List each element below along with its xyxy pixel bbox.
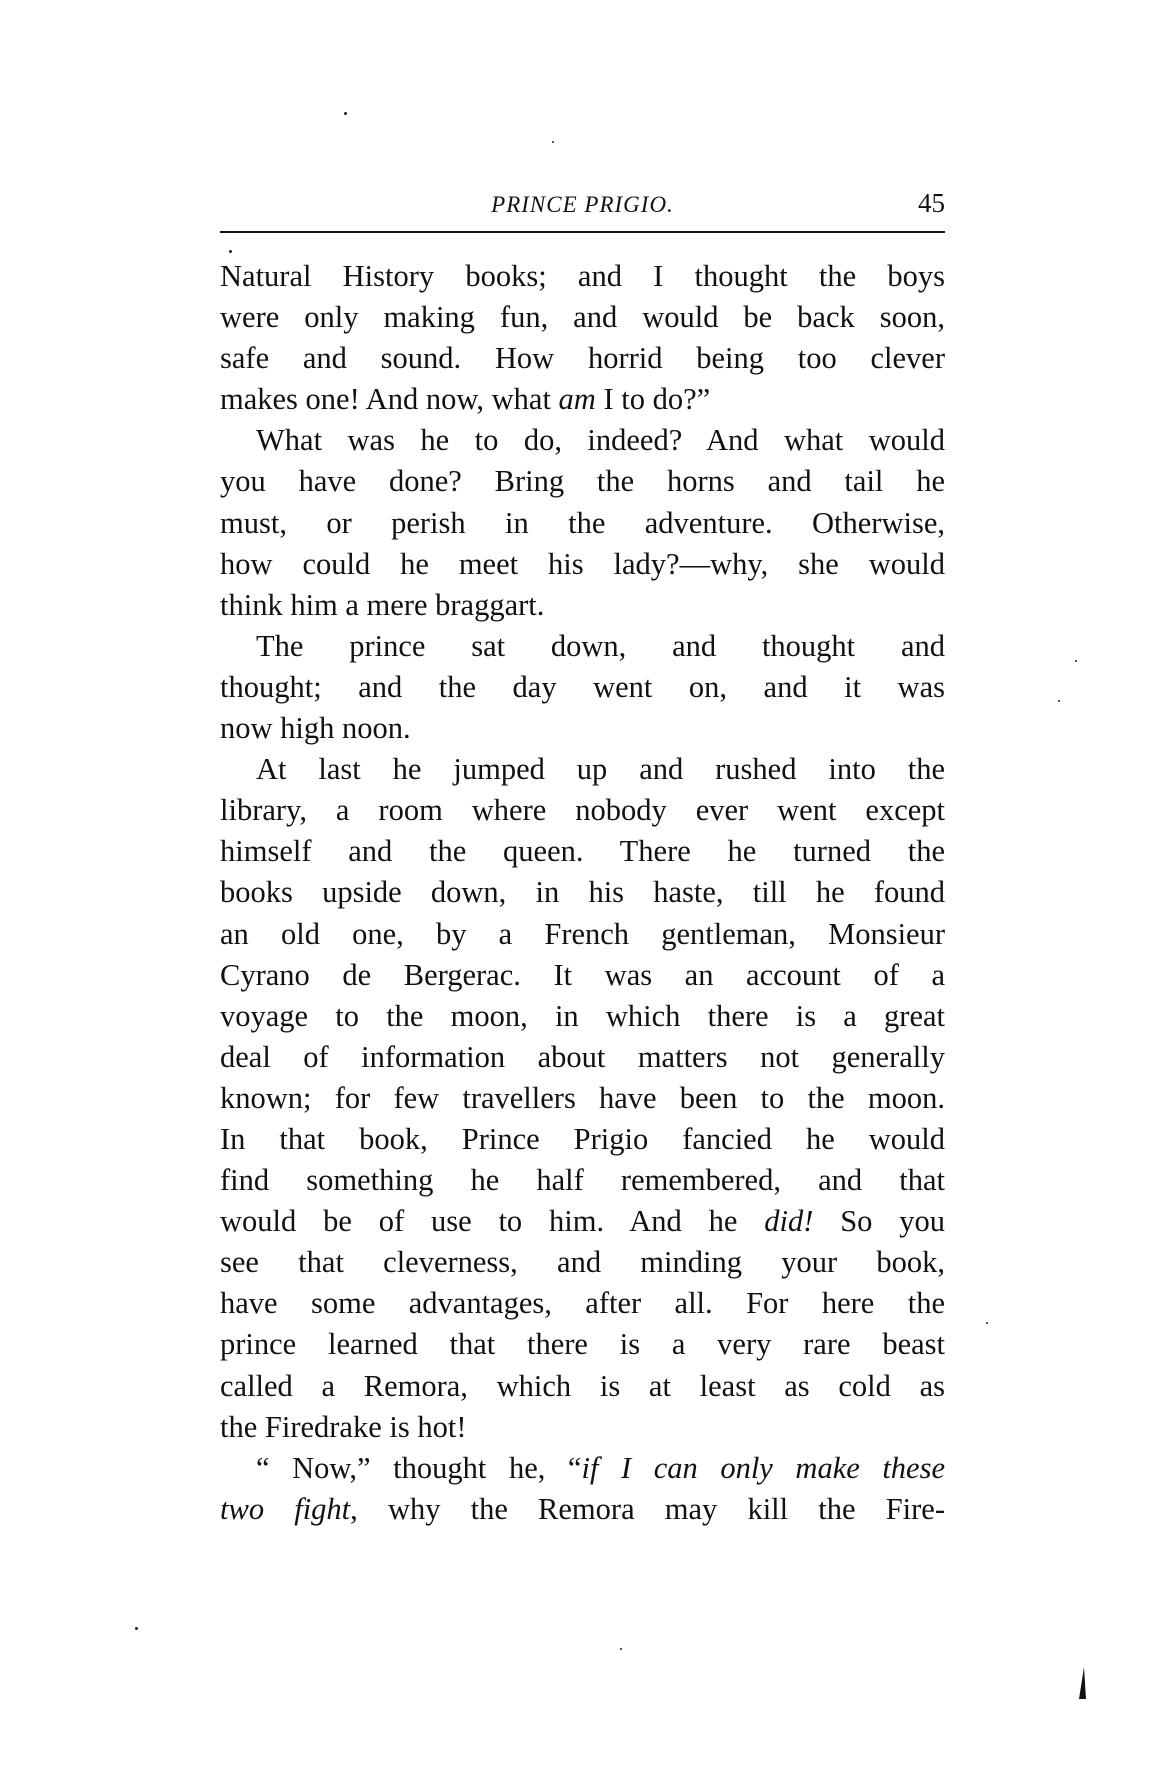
text-run: “ Now,” thought he, “ (256, 1451, 581, 1485)
text-line: two fight, why the Remora may kill the F… (220, 1489, 945, 1530)
scan-speck (229, 250, 232, 253)
text-line: Cyrano de Bergerac. It was an account of… (220, 955, 945, 996)
text-line: must, or perish in the adventure. Otherw… (220, 503, 945, 544)
text-line: himself and the queen. There he turned t… (220, 831, 945, 872)
text-line: In that book, Prince Prigio fancied he w… (220, 1119, 945, 1160)
text-run: , why the Remora may kill the Fire- (350, 1492, 945, 1526)
text-line: prince learned that there is a very rare… (220, 1324, 945, 1365)
text-line: find something he half remembered, and t… (220, 1160, 945, 1201)
text-line: The prince sat down, and thought and (220, 626, 945, 667)
text-line: an old one, by a French gentleman, Monsi… (220, 914, 945, 955)
text-run: makes one! And now, what (220, 382, 559, 416)
text-line: would be of use to him. And he did! So y… (220, 1201, 945, 1242)
text-line: library, a room where nobody ever went e… (220, 790, 945, 831)
header-rule (220, 231, 945, 233)
text-line: have some advantages, after all. For her… (220, 1283, 945, 1324)
text-line: called a Remora, which is at least as co… (220, 1366, 945, 1407)
scan-speck (135, 1627, 138, 1630)
text-line: deal of information about matters not ge… (220, 1037, 945, 1078)
text-line: think him a mere braggart. (220, 585, 945, 626)
italic-run: am (559, 382, 596, 416)
text-line: makes one! And now, what am I to do?” (220, 379, 945, 420)
text-line: What was he to do, indeed? And what woul… (220, 420, 945, 461)
scan-speck (986, 1322, 988, 1324)
text-line: see that cleverness, and minding your bo… (220, 1242, 945, 1283)
body-text: Natural History books; and I thought the… (220, 256, 945, 1530)
text-line: Natural History books; and I thought the… (220, 256, 945, 297)
text-run: So you (813, 1204, 945, 1238)
text-line: voyage to the moon, in which there is a … (220, 996, 945, 1037)
scan-speck (344, 112, 347, 115)
text-line: were only making fun, and would be back … (220, 297, 945, 338)
text-line: the Firedrake is hot! (220, 1407, 945, 1448)
text-line: thought; and the day went on, and it was (220, 667, 945, 708)
scan-speck (620, 1648, 622, 1650)
scan-speck (1058, 700, 1060, 702)
running-title: PRINCE PRIGIO. (220, 192, 945, 218)
text-run: I to do?” (596, 382, 710, 416)
italic-run: did! (764, 1204, 813, 1238)
text-line: books upside down, in his haste, till he… (220, 872, 945, 913)
italic-run: two fight (220, 1492, 350, 1526)
text-run: would be of use to him. And he (220, 1204, 764, 1238)
scan-speck (1075, 660, 1077, 662)
text-line: known; for few travellers have been to t… (220, 1078, 945, 1119)
page-number: 45 (918, 188, 945, 219)
text-line: At last he jumped up and rushed into the (220, 749, 945, 790)
page-header: PRINCE PRIGIO. 45 (220, 186, 945, 222)
text-line: how could he meet his lady?—why, she wou… (220, 544, 945, 585)
text-line: now high noon. (220, 708, 945, 749)
scan-mark (1079, 1667, 1086, 1699)
text-line: safe and sound. How horrid being too cle… (220, 338, 945, 379)
text-line: “ Now,” thought he, “if I can only make … (220, 1448, 945, 1489)
scan-speck (552, 141, 554, 143)
book-page: PRINCE PRIGIO. 45 Natural History books;… (0, 0, 1165, 1778)
text-line: you have done? Bring the horns and tail … (220, 461, 945, 502)
italic-run: if I can only make these (581, 1451, 945, 1485)
